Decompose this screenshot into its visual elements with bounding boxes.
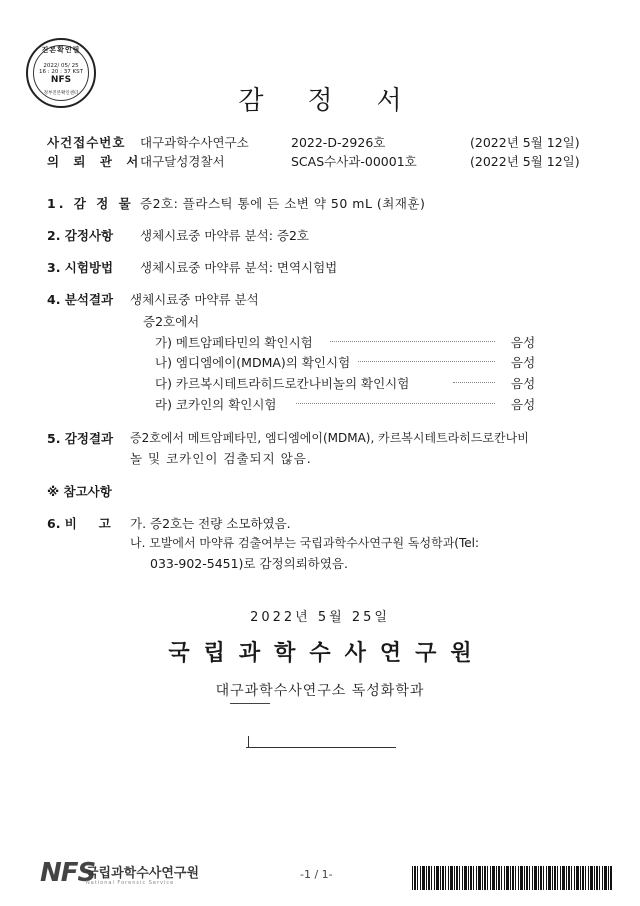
- requesting-agency-org: 대구달성경찰서: [140, 152, 225, 170]
- case-number-value: 2022-D-2926호: [291, 133, 385, 151]
- requesting-agency-label: 의 뢰 관 서: [47, 152, 143, 170]
- section-5-label: 5. 감정결과: [47, 429, 113, 447]
- test-name-a: 가) 메트암페타민의 확인시험: [155, 333, 313, 351]
- case-number-org: 대구과학수사연구소: [140, 133, 249, 151]
- issuing-department: 대구과학수사연구소 독성화학과: [0, 680, 640, 700]
- case-number-label: 사건접수번호: [47, 133, 125, 151]
- test-name-b: 나) 엠디엠에이(MDMA)의 확인시험: [155, 353, 350, 371]
- footer-organization: 국립과학수사연구원: [86, 862, 199, 881]
- leader-dots: [453, 382, 495, 383]
- document-title: 감정서: [0, 80, 640, 117]
- section-3-label: 3. 시험방법: [47, 258, 113, 276]
- issue-date: 2022년 5월 25일: [0, 606, 640, 625]
- stamp-date: 2022/ 05/ 25 16 : 20 : 37 KST: [28, 63, 94, 75]
- test-name-c: 다) 카르복시테트라히드로칸나비놀의 확인시험: [155, 374, 409, 392]
- section-4-label: 4. 분석결과: [47, 290, 113, 308]
- requesting-agency-date: (2022년 5월 12일): [470, 152, 580, 170]
- test-result-c: 음성: [511, 374, 535, 392]
- section-6-line-3: 033-902-5451)로 감정의뢰하였음.: [150, 554, 348, 572]
- section-2-label: 2. 감정사항: [47, 226, 113, 244]
- page-number: -1 / 1-: [300, 868, 333, 881]
- test-result-d: 음성: [511, 395, 535, 413]
- issuing-organization: 국립과학수사연구원: [0, 636, 640, 667]
- section-4-text: 생체시료중 마약류 분석: [130, 290, 259, 308]
- stamp-top-text: 진본확인필: [28, 45, 94, 55]
- section-4-sub: 증2호에서: [143, 312, 199, 330]
- reference-notes-label: ※ 참고사항: [47, 482, 112, 500]
- leader-dots: [330, 341, 495, 342]
- barcode: [412, 866, 612, 890]
- test-name-d: 라) 코카인의 확인시험: [155, 395, 277, 413]
- section-1-label: 1. 감 정 물: [47, 194, 134, 212]
- requesting-agency-number: SCAS수사과-00001호: [291, 152, 417, 170]
- signature-line: [246, 747, 396, 748]
- footer-organization-english: National Forensic Service: [86, 880, 174, 886]
- section-6-label: 6. 비 고: [47, 514, 111, 532]
- section-2-text: 생체시료중 마약류 분석: 증2호: [140, 226, 309, 244]
- signature-mark: [230, 703, 270, 704]
- test-result-b: 음성: [511, 353, 535, 371]
- section-5-line-2: 놀 및 코카인이 검출되지 않음.: [130, 449, 312, 467]
- section-6-line-2: 나. 모발에서 마약류 검출여부는 국립과학수사연구원 독성학과(Tel:: [130, 534, 479, 551]
- case-number-date: (2022년 5월 12일): [470, 133, 580, 151]
- test-result-a: 음성: [511, 333, 535, 351]
- leader-dots: [296, 403, 495, 404]
- leader-dots: [358, 361, 495, 362]
- section-3-text: 생체시료중 마약류 분석: 면역시험법: [140, 258, 337, 276]
- section-5-line-1: 증2호에서 메트암페타민, 엠디엠에이(MDMA), 카르복시테트라히드로칸나비: [130, 429, 529, 446]
- section-1-text: 증2호: 플라스틱 통에 든 소변 약 50 mL (최재훈): [140, 194, 425, 212]
- section-6-line-1: 가. 증2호는 전량 소모하였음.: [130, 514, 291, 532]
